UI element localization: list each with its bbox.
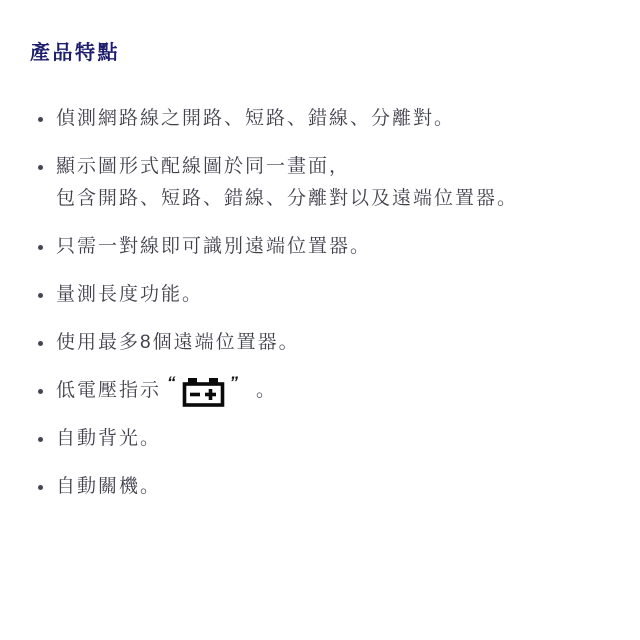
product-features-section: 產品特點 偵測網路線之開路、短路、錯線、分離對。 顯示圖形式配線圖於同一畫面， … [0, 0, 640, 503]
bullet-dot-icon [38, 341, 43, 346]
list-item: 自動關機。 [36, 471, 612, 503]
bullet-dot-icon [38, 389, 43, 394]
feature-text: 。 [256, 375, 277, 407]
bullet-dot-icon [38, 245, 43, 250]
close-quote: ” [230, 367, 241, 399]
list-item: 偵測網路線之開路、短路、錯線、分離對。 [36, 103, 612, 135]
list-item: 使用最多8個遠端位置器。 [36, 327, 612, 359]
bullet-dot-icon [38, 293, 43, 298]
bullet-dot-icon [38, 485, 43, 490]
list-item: 量測長度功能。 [36, 279, 612, 311]
feature-text: 自動關機。 [56, 471, 161, 503]
page-title: 產品特點 [30, 36, 612, 65]
feature-list: 偵測網路線之開路、短路、錯線、分離對。 顯示圖形式配線圖於同一畫面， 包含開路、… [36, 103, 612, 503]
list-item: 顯示圖形式配線圖於同一畫面， 包含開路、短路、錯線、分離對以及遠端位置器。 [36, 151, 612, 215]
feature-text: 使用最多8個遠端位置器。 [56, 327, 300, 359]
feature-text: 顯示圖形式配線圖於同一畫面， [56, 151, 518, 183]
feature-text: 低電壓指示 [56, 375, 161, 407]
bullet-dot-icon [38, 117, 43, 122]
bullet-dot-icon [38, 437, 43, 442]
feature-text: 量測長度功能。 [56, 279, 203, 311]
list-item: 自動背光。 [36, 423, 612, 455]
list-item: 只需一對線即可識別遠端位置器。 [36, 231, 612, 263]
feature-text: 包含開路、短路、錯線、分離對以及遠端位置器。 [56, 183, 518, 215]
low-battery-icon [181, 377, 227, 408]
list-item: 低電壓指示 “ ” 。 [36, 375, 612, 407]
feature-text: 只需一對線即可識別遠端位置器。 [56, 231, 371, 263]
feature-text: 偵測網路線之開路、短路、錯線、分離對。 [56, 103, 455, 135]
feature-text: 自動背光。 [56, 423, 161, 455]
bullet-dot-icon [38, 165, 43, 170]
open-quote: “ [167, 367, 178, 399]
